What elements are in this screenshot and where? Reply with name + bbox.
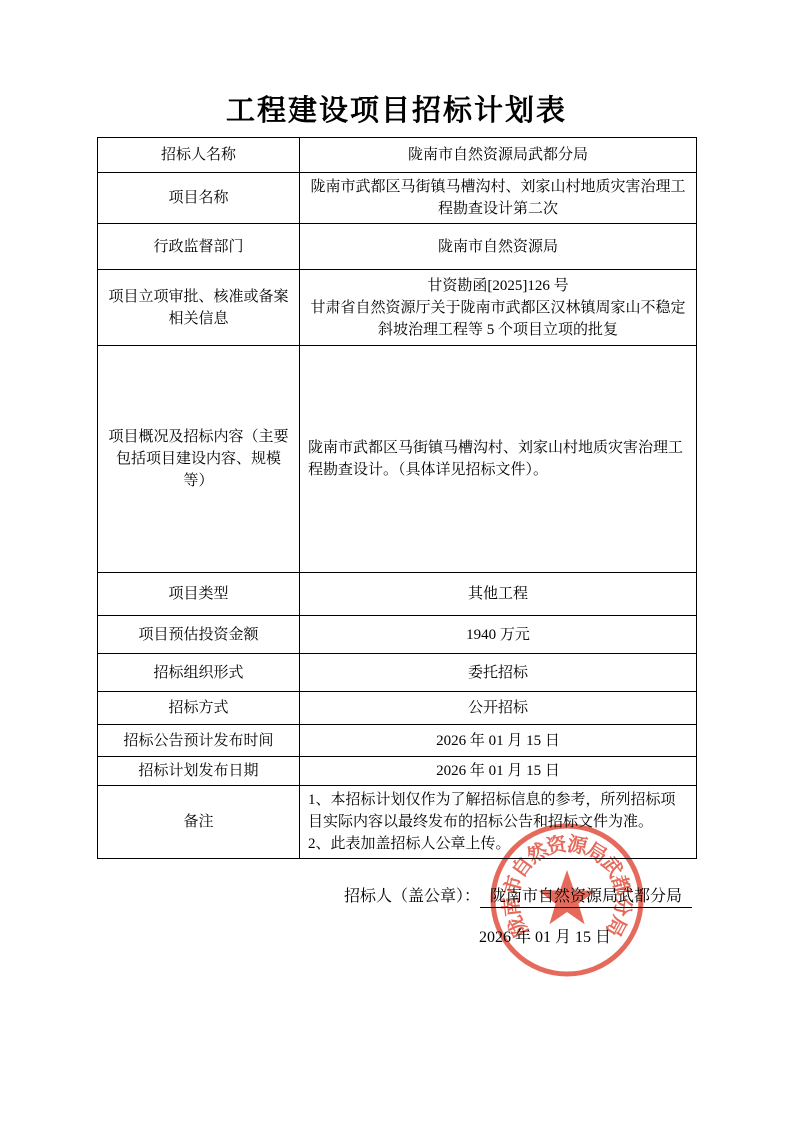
approval-doc-title: 甘肃省自然资源厅关于陇南市武都区汉林镇周家山不稳定斜坡治理工程等 5 个项目立项… — [308, 297, 688, 341]
field-value: 其他工程 — [300, 573, 697, 616]
table-row: 行政监督部门 陇南市自然资源局 — [98, 224, 697, 270]
field-label: 招标方式 — [98, 692, 300, 725]
table-row: 招标人名称 陇南市自然资源局武都分局 — [98, 138, 697, 173]
field-value: 陇南市自然资源局武都分局 — [300, 138, 697, 173]
table-row: 招标公告预计发布时间 2026 年 01 月 15 日 — [98, 725, 697, 757]
signature-date: 2026 年 01 月 15 日 — [479, 924, 611, 947]
table-row: 招标组织形式 委托招标 — [98, 654, 697, 692]
field-label: 项目概况及招标内容（主要包括项目建设内容、规模等） — [98, 346, 300, 573]
field-label: 项目名称 — [98, 173, 300, 224]
field-label: 项目类型 — [98, 573, 300, 616]
field-value: 1940 万元 — [300, 616, 697, 654]
table-row: 招标计划发布日期 2026 年 01 月 15 日 — [98, 757, 697, 786]
field-label: 招标组织形式 — [98, 654, 300, 692]
bidding-plan-table: 招标人名称 陇南市自然资源局武都分局 项目名称 陇南市武都区马街镇马槽沟村、刘家… — [97, 137, 697, 859]
field-label: 项目预估投资金额 — [98, 616, 300, 654]
field-label: 招标人名称 — [98, 138, 300, 173]
field-value: 公开招标 — [300, 692, 697, 725]
remark-line-1: 1、本招标计划仅作为了解招标信息的参考，所列招标项目实际内容以最终发布的招标公告… — [308, 789, 688, 833]
field-value: 甘资勘函[2025]126 号 甘肃省自然资源厅关于陇南市武都区汉林镇周家山不稳… — [300, 270, 697, 346]
table-row: 项目类型 其他工程 — [98, 573, 697, 616]
field-label: 项目立项审批、核准或备案相关信息 — [98, 270, 300, 346]
table-row: 项目名称 陇南市武都区马街镇马槽沟村、刘家山村地质灾害治理工程勘查设计第二次 — [98, 173, 697, 224]
table-row: 项目预估投资金额 1940 万元 — [98, 616, 697, 654]
field-value: 陇南市自然资源局 — [300, 224, 697, 270]
document-page: 工程建设项目招标计划表 招标人名称 陇南市自然资源局武都分局 项目名称 陇南市武… — [0, 0, 793, 1122]
table-row: 项目立项审批、核准或备案相关信息 甘资勘函[2025]126 号 甘肃省自然资源… — [98, 270, 697, 346]
signature-line: 招标人（盖公章）：陇南市自然资源局武都分局 — [344, 883, 692, 908]
field-label: 招标计划发布日期 — [98, 757, 300, 786]
field-value: 陇南市武都区马街镇马槽沟村、刘家山村地质灾害治理工程勘查设计第二次 — [300, 173, 697, 224]
page-title: 工程建设项目招标计划表 — [0, 88, 793, 129]
field-value: 委托招标 — [300, 654, 697, 692]
field-value: 1、本招标计划仅作为了解招标信息的参考，所列招标项目实际内容以最终发布的招标公告… — [300, 786, 697, 859]
field-label: 备注 — [98, 786, 300, 859]
field-label: 行政监督部门 — [98, 224, 300, 270]
table-row: 招标方式 公开招标 — [98, 692, 697, 725]
signer-name: 陇南市自然资源局武都分局 — [480, 883, 692, 908]
field-value: 2026 年 01 月 15 日 — [300, 757, 697, 786]
table-row: 项目概况及招标内容（主要包括项目建设内容、规模等） 陇南市武都区马街镇马槽沟村、… — [98, 346, 697, 573]
approval-doc-number: 甘资勘函[2025]126 号 — [308, 275, 688, 297]
field-label: 招标公告预计发布时间 — [98, 725, 300, 757]
signer-label: 招标人（盖公章）： — [344, 888, 480, 905]
remark-line-2: 2、此表加盖招标人公章上传。 — [308, 833, 688, 855]
field-value: 陇南市武都区马街镇马槽沟村、刘家山村地质灾害治理工程勘查设计。（具体详见招标文件… — [300, 346, 697, 573]
table-row: 备注 1、本招标计划仅作为了解招标信息的参考，所列招标项目实际内容以最终发布的招… — [98, 786, 697, 859]
field-value: 2026 年 01 月 15 日 — [300, 725, 697, 757]
